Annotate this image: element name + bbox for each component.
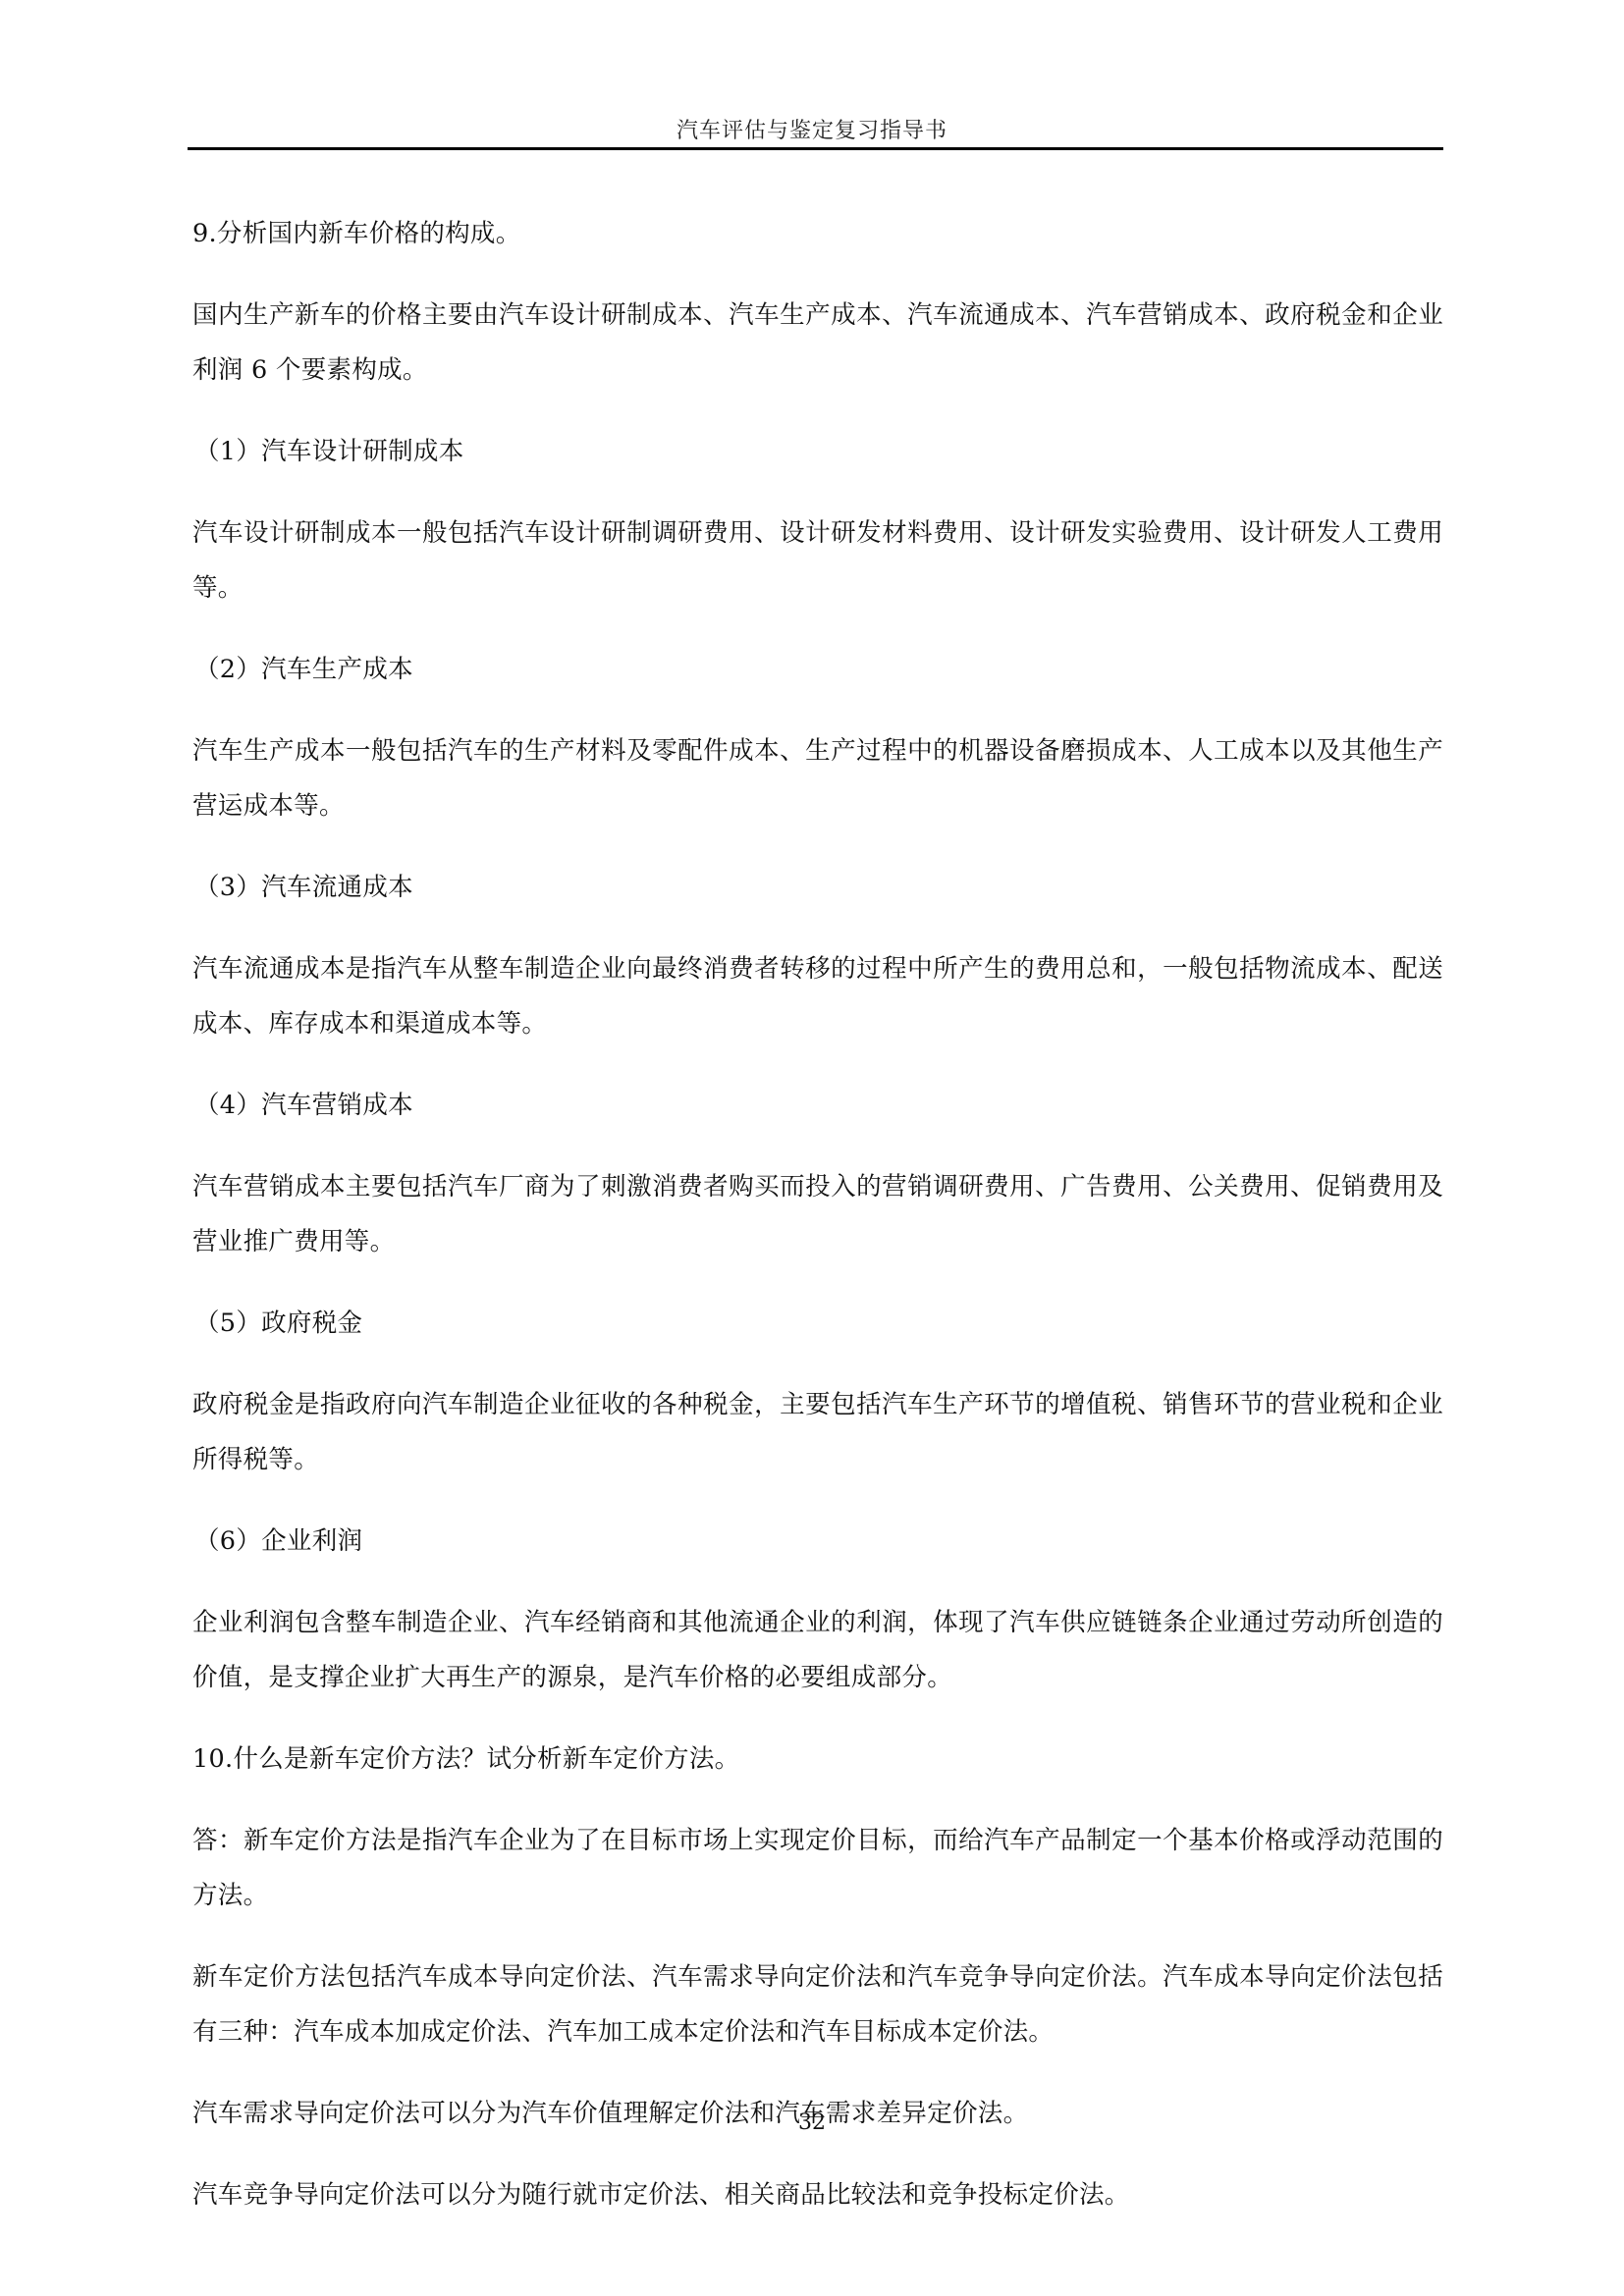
item-4-heading: （4）汽车营销成本 <box>192 1078 1443 1133</box>
page-body: 9.分析国内新车价格的构成。 国内生产新车的价格主要由汽车设计研制成本、汽车生产… <box>192 206 1443 2249</box>
item-2-heading: （2）汽车生产成本 <box>192 642 1443 697</box>
q10-answer-paragraph: 答：新车定价方法是指汽车企业为了在目标市场上实现定价目标，而给汽车产品制定一个基… <box>192 1813 1443 1923</box>
item-3-text: 汽车流通成本是指汽车从整车制造企业向最终消费者转移的过程中所产生的费用总和，一般… <box>192 941 1443 1051</box>
header-divider <box>188 147 1443 150</box>
item-4-text: 汽车营销成本主要包括汽车厂商为了刺激消费者购买而投入的营销调研费用、广告费用、公… <box>192 1159 1443 1269</box>
item-1-text: 汽车设计研制成本一般包括汽车设计研制调研费用、设计研发材料费用、设计研发实验费用… <box>192 506 1443 615</box>
item-5-text: 政府税金是指政府向汽车制造企业征收的各种税金，主要包括汽车生产环节的增值税、销售… <box>192 1377 1443 1487</box>
q10-competition-paragraph: 汽车竞争导向定价法可以分为随行就市定价法、相关商品比较法和竞争投标定价法。 <box>192 2167 1443 2222</box>
item-2-text: 汽车生产成本一般包括汽车的生产材料及零配件成本、生产过程中的机器设备磨损成本、人… <box>192 723 1443 833</box>
q9-intro-paragraph: 国内生产新车的价格主要由汽车设计研制成本、汽车生产成本、汽车流通成本、汽车营销成… <box>192 288 1443 398</box>
item-6-heading: （6）企业利润 <box>192 1514 1443 1569</box>
item-3-heading: （3）汽车流通成本 <box>192 860 1443 915</box>
page-number: 32 <box>0 2110 1624 2135</box>
running-header-title: 汽车评估与鉴定复习指导书 <box>0 114 1624 144</box>
item-5-heading: （5）政府税金 <box>192 1296 1443 1351</box>
question-9: 9.分析国内新车价格的构成。 <box>192 206 1443 261</box>
q10-methods-paragraph: 新车定价方法包括汽车成本导向定价法、汽车需求导向定价法和汽车竞争导向定价法。汽车… <box>192 1949 1443 2059</box>
item-1-heading: （1）汽车设计研制成本 <box>192 424 1443 479</box>
question-10: 10.什么是新车定价方法？试分析新车定价方法。 <box>192 1732 1443 1787</box>
item-6-text: 企业利润包含整车制造企业、汽车经销商和其他流通企业的利润，体现了汽车供应链链条企… <box>192 1595 1443 1705</box>
